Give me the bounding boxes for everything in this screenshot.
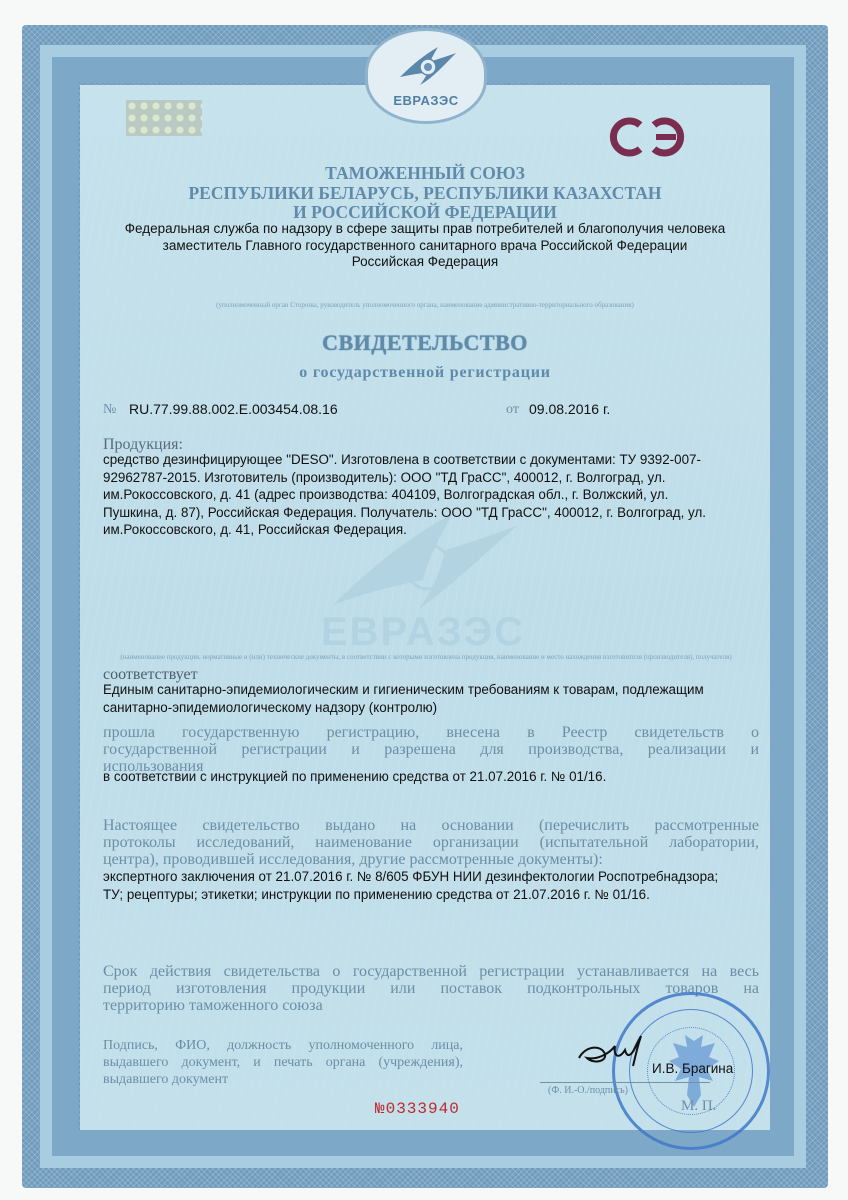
date-label: от	[506, 402, 519, 418]
number-label: №	[103, 402, 116, 418]
seal-label: М. П.	[681, 1098, 716, 1115]
customs-union-conformity-mark-icon	[604, 115, 690, 159]
conformity-line: санитарно-эпидемиологическому надзору (к…	[103, 699, 763, 717]
union-heading-line-3: И РОССИЙСКОЙ ФЕДЕРАЦИИ	[90, 202, 760, 222]
signature-caption-line: выдавшего документ, и печать органа (учр…	[103, 1054, 463, 1071]
registration-date: 09.08.2016 г.	[529, 401, 610, 419]
document-title: СВИДЕТЕЛЬСТВО	[90, 330, 760, 356]
registry-instruction: в соответствии с инструкцией по применен…	[103, 768, 606, 786]
registration-number: RU.77.99.88.002.E.003454.08.16	[129, 401, 338, 419]
registry-line: государственной регистрации и разрешена …	[103, 741, 759, 758]
product-line: 92962787-2015. Изготовитель (производите…	[103, 469, 763, 487]
conformity-requirements: Единым санитарно-эпидемиологическим и ги…	[103, 681, 763, 716]
product-caption: (наименование продукции, нормативные и (…	[98, 653, 754, 661]
evrazes-brand-text: ЕВРАЗЭС	[368, 93, 484, 108]
signature-line-caption: (Ф. И.-О./подпись)	[548, 1085, 628, 1096]
conformity-line: Единым санитарно-эпидемиологическим и ги…	[103, 681, 763, 699]
signature-caption-line: выдавшего документ	[103, 1071, 463, 1088]
registry-line: прошла государственную регистрацию, внес…	[103, 724, 759, 741]
signature-line	[540, 1082, 710, 1083]
authority-line-1: Федеральная служба по надзору в сфере за…	[90, 220, 760, 238]
validity-line: период изготовления продукции или постав…	[103, 980, 759, 997]
evrazes-swoosh-globe-icon	[398, 43, 458, 89]
basis-documents: экспертного заключения от 21.07.2016 г. …	[103, 868, 773, 903]
basis-line: протоколы исследований, наименование орг…	[103, 834, 759, 851]
hologram-security-strip	[126, 100, 202, 136]
signature-caption: Подпись, ФИО, должность уполномоченного …	[103, 1037, 463, 1088]
basis-statement: Настоящее свидетельство выдано на основа…	[103, 817, 759, 868]
basis-document-line: экспертного заключения от 21.07.2016 г. …	[103, 868, 773, 886]
form-serial-number: №0333940	[375, 1100, 460, 1118]
product-line: им.Рокоссовского, д. 41, Российская Феде…	[103, 521, 763, 539]
handwritten-signature-icon	[575, 1032, 655, 1072]
product-line: Пушкина, д. 87), Российская Федерация. П…	[103, 504, 763, 522]
authority-line-3: Российская Федерация	[90, 253, 760, 271]
basis-line: центра), проводившей исследования, други…	[103, 851, 759, 868]
product-line: им.Рокоссовского, д. 41 (адрес производс…	[103, 486, 763, 504]
union-heading-line-2: РЕСПУБЛИКИ БЕЛАРУСЬ, РЕСПУБЛИКИ КАЗАХСТА…	[90, 183, 760, 203]
authority-caption: (уполномоченный орган Стороны, руководит…	[100, 301, 750, 309]
signer-name: И.В. Брагина	[652, 1060, 733, 1078]
product-description: средство дезинфицирующее "DESO". Изготов…	[103, 451, 763, 539]
validity-line: Срок действия свидетельства о государств…	[103, 963, 759, 980]
basis-document-line: ТУ; рецептуры; этикетки; инструкции по п…	[103, 886, 773, 904]
basis-line: Настоящее свидетельство выдано на основа…	[103, 817, 759, 834]
document-subtitle: о государственной регистрации	[90, 364, 760, 382]
signature-caption-line: Подпись, ФИО, должность уполномоченного …	[103, 1037, 463, 1054]
product-line: средство дезинфицирующее "DESO". Изготов…	[103, 451, 763, 469]
union-heading-line-1: ТАМОЖЕННЫЙ СОЮЗ	[90, 163, 760, 183]
evrazes-emblem: ЕВРАЗЭС	[365, 28, 487, 124]
watermark-text: ЕВРАЗЭС	[283, 610, 563, 655]
